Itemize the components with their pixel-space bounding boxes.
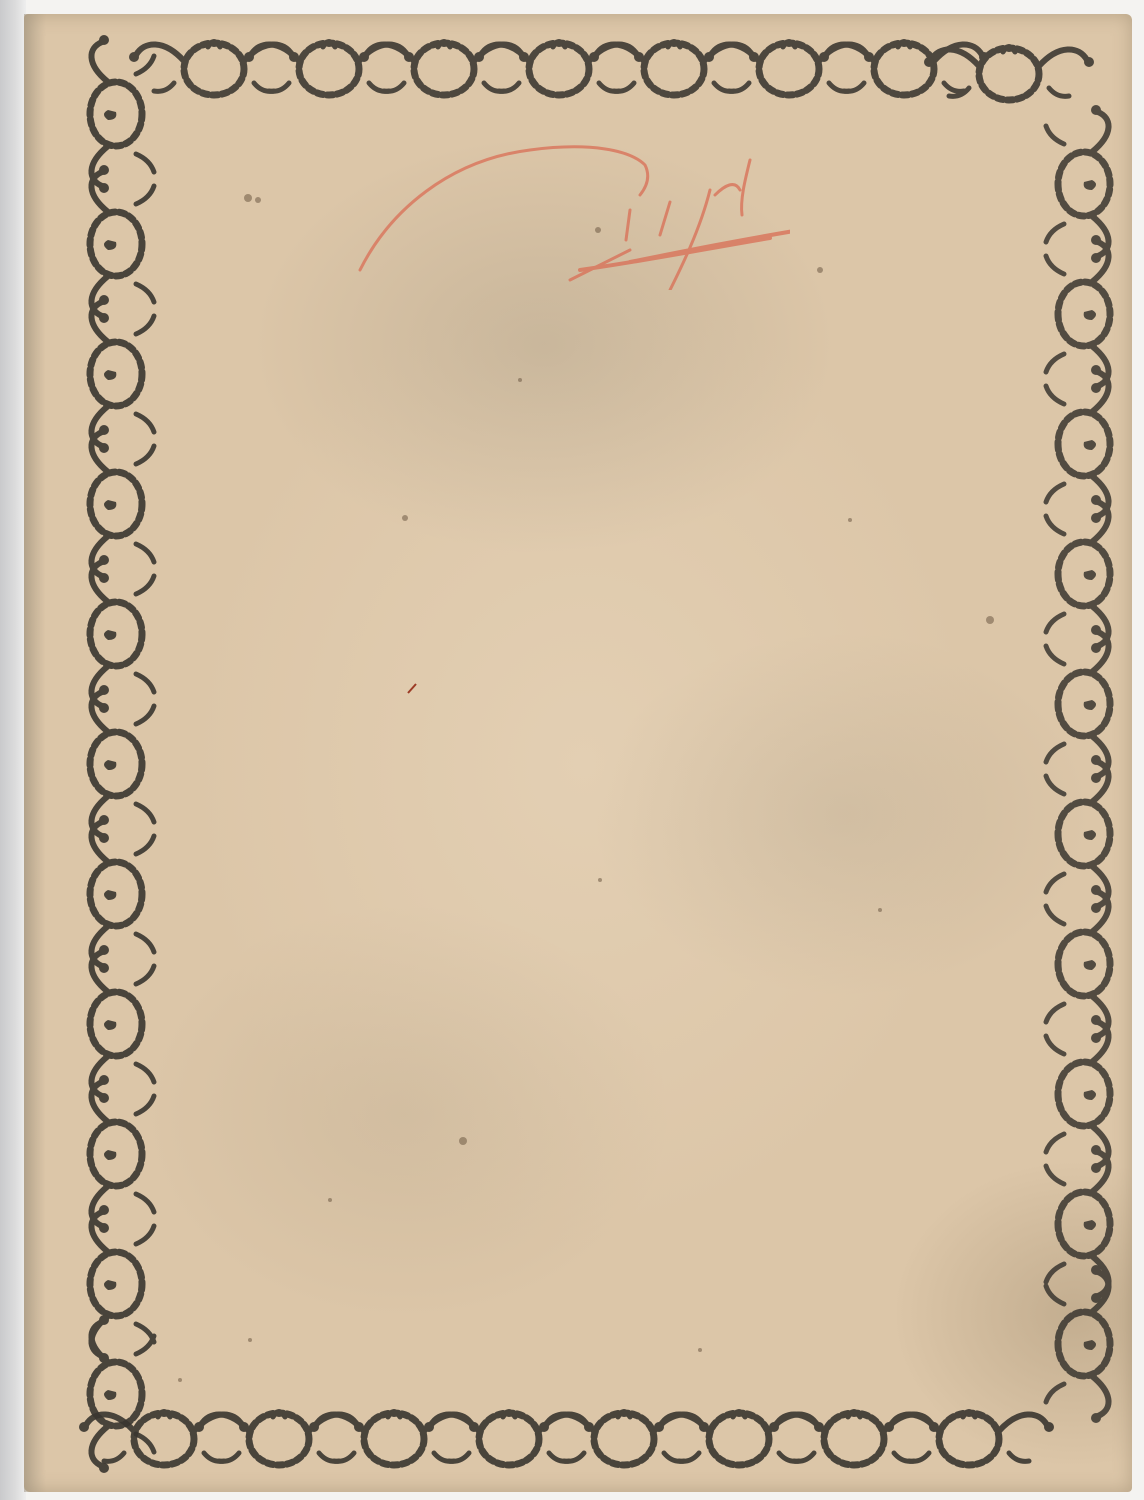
foxing-spots xyxy=(0,0,1144,1500)
red-mark xyxy=(408,684,416,693)
scanned-page xyxy=(0,0,1144,1500)
